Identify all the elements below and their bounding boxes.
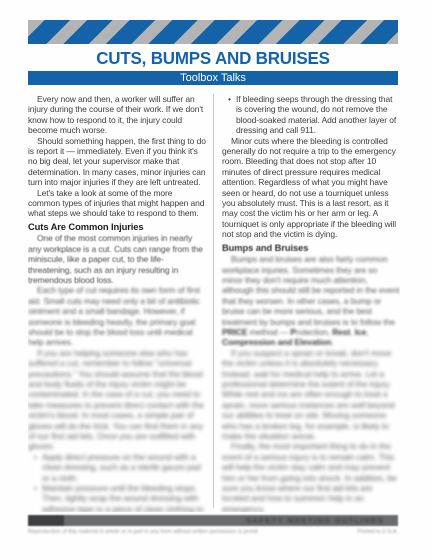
column-right: •If bleeding seeps through the dressing … xyxy=(222,94,400,512)
text-run: Let's take a look at some of the more co… xyxy=(28,188,204,219)
subtitle-bar: Toolbox Talks xyxy=(28,71,398,85)
paragraph: Bumps and bruises are also fairly common… xyxy=(222,254,400,348)
paragraph: Every now and then, a worker will suffer… xyxy=(28,94,206,136)
page-title: CUTS, BUMPS AND BRUISES xyxy=(34,48,393,69)
footer-fine-print: Reproduction of this material in whole o… xyxy=(28,529,398,536)
text-run: Apply direct pressure on the wound with … xyxy=(42,452,206,483)
text-run: Cuts Are Common Injuries xyxy=(28,221,144,232)
text-run: If you are helping someone else who has … xyxy=(28,348,204,452)
text-run: Every now and then, a worker will suffer… xyxy=(28,94,203,135)
text-run: Bumps and Bruises xyxy=(222,242,308,253)
fine-print-right: Printed in U.S.A. xyxy=(357,529,398,536)
paragraph: One of the most common injuries in nearl… xyxy=(28,233,206,285)
paragraph: If you suspect a sprain or break, don't … xyxy=(222,348,400,442)
text-run: Bumps and bruises are also fairly common… xyxy=(222,254,399,347)
text-run: Maintain pressure until the bleeding sto… xyxy=(42,483,206,512)
bullet-item: •Maintain pressure until the bleeding st… xyxy=(34,483,206,512)
paragraph: Should something happen, the first thing… xyxy=(28,136,206,188)
paragraph: Finally, the most important thing to do … xyxy=(222,441,400,512)
footer-bar-text: SAFETY MEETING OUTLINES xyxy=(246,515,398,526)
text-run: Minor cuts where the bleeding is control… xyxy=(222,136,396,240)
footer-dark-block xyxy=(28,515,64,526)
section-heading: Cuts Are Common Injuries xyxy=(28,222,206,232)
paragraph: Minor cuts where the bleeding is control… xyxy=(222,136,400,240)
text-run: Should something happen, the first thing… xyxy=(28,136,206,188)
text-run: One of the most common injuries in nearl… xyxy=(28,233,203,285)
fine-print-left: Reproduction of this material in whole o… xyxy=(28,529,258,536)
subtitle-label: Toolbox Talks xyxy=(180,72,246,84)
footer-bar: SAFETY MEETING OUTLINES xyxy=(28,515,398,526)
text-run: If bleeding seeps through the dressing t… xyxy=(236,94,400,136)
column-left: Every now and then, a worker will suffer… xyxy=(28,94,206,512)
hazard-stripe-banner xyxy=(28,20,398,44)
column-divider xyxy=(213,94,214,508)
text-run: If you suspect a sprain or break, don't … xyxy=(222,348,395,441)
paragraph: Let's take a look at some of the more co… xyxy=(28,188,206,219)
bullet-item: •If bleeding seeps through the dressing … xyxy=(228,94,400,136)
toolbox-talk-page: CUTS, BUMPS AND BRUISES Toolbox Talks Ev… xyxy=(0,0,433,560)
text-run: Each type of cut requires its own form o… xyxy=(28,285,200,347)
bullet-marker: • xyxy=(34,483,42,512)
paragraph: Each type of cut requires its own form o… xyxy=(28,285,206,347)
document-body: Every now and then, a worker will suffer… xyxy=(28,94,400,512)
section-heading: Bumps and Bruises xyxy=(222,243,400,253)
text-run: Finally, the most important thing to do … xyxy=(222,441,397,512)
paragraph: If you are helping someone else who has … xyxy=(28,348,206,452)
bullet-item: •Apply direct pressure on the wound with… xyxy=(34,452,206,483)
bullet-marker: • xyxy=(228,94,236,136)
bullet-marker: • xyxy=(34,452,42,483)
